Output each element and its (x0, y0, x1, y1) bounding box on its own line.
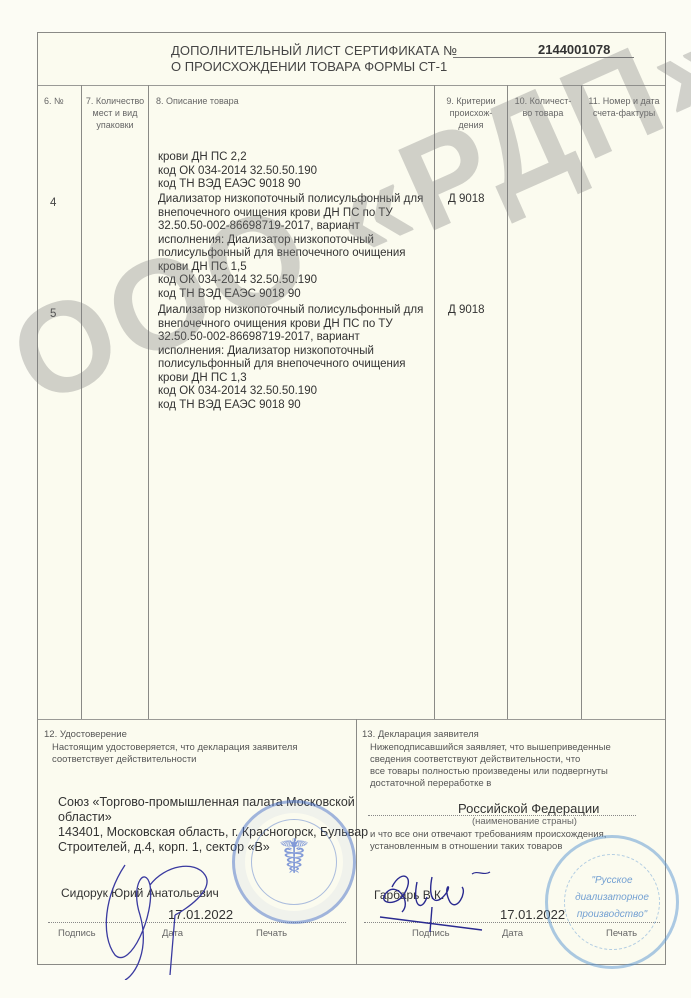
column-header-package: 7. Количество мест и вид упаковки (84, 95, 146, 131)
column-header-number: 6. № (44, 95, 80, 107)
date-label: Дата (502, 928, 523, 939)
certifier-name: Сидорук Юрий Анатольевич (61, 886, 219, 900)
declaration-text: все товары полностью произведены или под… (370, 766, 608, 778)
certification-date: 17.01.2022 (168, 907, 233, 922)
declaration-text: Нижеподписавшийся заявляет, что вышеприв… (370, 742, 611, 754)
declaration-text: установленным в отношении таких товаров (370, 841, 562, 853)
chamber-address: 143401, Московская область, г. Красногор… (58, 825, 368, 840)
document-title: ДОПОЛНИТЕЛЬНЫЙ ЛИСТ СЕРТИФИКАТА № (171, 43, 457, 58)
declaration-title: 13. Декларация заявителя (362, 729, 479, 740)
signature-label: Подпись (58, 928, 96, 939)
certificate-sheet: ДОПОЛНИТЕЛЬНЫЙ ЛИСТ СЕРТИФИКАТА № 214400… (37, 32, 666, 965)
continued-description: крови ДН ПС 2,2 код ОК 034-2014 32.50.50… (158, 151, 317, 192)
column-divider (434, 85, 435, 719)
column-divider (507, 85, 508, 719)
chamber-name: Союз «Торгово-промышленная палата Москов… (58, 795, 355, 810)
stamp-label: Печать (606, 928, 637, 939)
column-header-invoice: 11. Номер и дата счета-фактуры (586, 95, 662, 119)
stamp-label: Печать (256, 928, 287, 939)
column-divider (81, 85, 82, 719)
certificate-number: 2144001078 (538, 42, 610, 57)
origin-criteria: Д 9018 (448, 304, 485, 318)
signature-label: Подпись (412, 928, 450, 939)
item-description: Диализатор низкопоточный полисульфонный … (158, 304, 423, 412)
chamber-address: Строителей, д.4, корп. 1, сектор «В» (58, 840, 270, 855)
column-header-criteria: 9. Критерии происхож-дения (438, 95, 504, 131)
certification-title: 12. Удостоверение (44, 729, 127, 740)
country-name: Российской Федерации (458, 801, 599, 816)
section-divider (38, 719, 665, 720)
signature-line (48, 922, 346, 923)
declaration-text: достаточной переработке в (370, 778, 491, 790)
country-caption: (наименование страны) (472, 816, 577, 827)
declaration-date: 17.01.2022 (500, 907, 565, 922)
row-number: 4 (50, 197, 56, 209)
declaration-text: сведения соответствуют действительности,… (370, 754, 580, 766)
date-label: Дата (162, 928, 183, 939)
item-description: Диализатор низкопоточный полисульфонный … (158, 193, 423, 301)
section-divider (356, 719, 357, 965)
signature-line (364, 922, 660, 923)
column-divider (581, 85, 582, 719)
chamber-name: области» (58, 810, 112, 825)
origin-criteria: Д 9018 (448, 193, 485, 207)
certificate-number-underline (453, 57, 634, 58)
certification-text: соответствует действительности (52, 754, 197, 766)
column-header-quantity: 10. Количест-во товара (510, 95, 576, 119)
declaration-text: и что все они отвечают требованиям проис… (370, 829, 606, 841)
row-number: 5 (50, 308, 56, 320)
document-header: ДОПОЛНИТЕЛЬНЫЙ ЛИСТ СЕРТИФИКАТА № 214400… (38, 33, 665, 86)
document-subtitle: О ПРОИСХОЖДЕНИИ ТОВАРА ФОРМЫ СТ-1 (171, 59, 447, 74)
column-divider (148, 85, 149, 719)
certification-text: Настоящим удостоверяется, что декларация… (52, 742, 298, 754)
column-header-description: 8. Описание товара (156, 95, 426, 107)
declarant-name: Гарбарь В.К. (374, 888, 444, 902)
